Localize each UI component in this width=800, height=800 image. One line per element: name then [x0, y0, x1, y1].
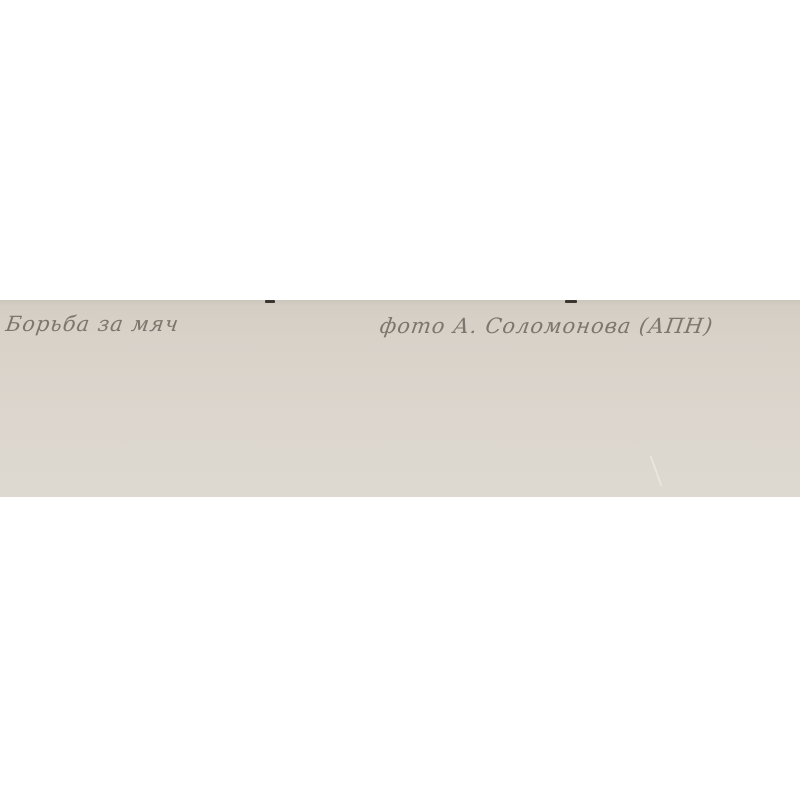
- handwritten-caption: Борьба за мяч: [4, 312, 180, 336]
- photo-edge-mark: [265, 300, 275, 303]
- handwritten-credit: фото А. Соломонова (АПН): [378, 314, 715, 338]
- photo-edge-mark: [565, 300, 577, 303]
